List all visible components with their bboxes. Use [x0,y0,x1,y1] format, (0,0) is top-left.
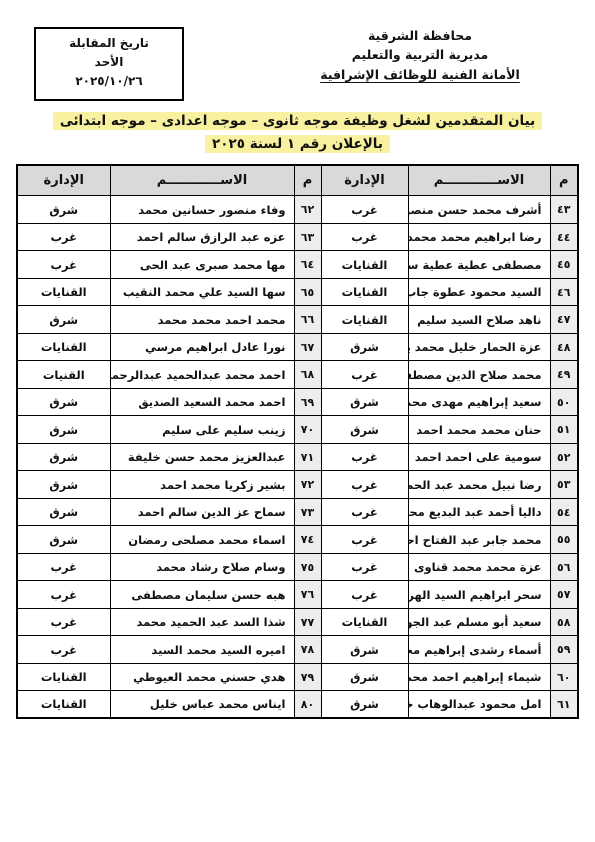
interview-day: الأحد [40,53,178,72]
applicant-row: ٦١امل محمود عبدالوهاب خليلشرق٨٠ايناس محم… [17,691,578,719]
right-admin-cell: غرب [321,361,408,389]
header-number-right: م [550,165,578,196]
left-admin-cell: غرب [17,581,110,609]
right-name-cell: محمد صلاح الدين مصطفى [408,361,550,389]
applicant-row: ٥١حنان محمد محمد احمدشرق٧٠زينب سليم على … [17,416,578,444]
org-line-secretariat: الأمانة الفنية للوظائف الإشرافية [275,65,565,84]
left-number-cell: ٧٤ [294,526,321,554]
interview-date-value: ٢٠٢٥/١٠/٢٦ [40,72,178,91]
applicant-row: ٤٨عزة الحمار خليل محمد يونسشرق٦٧نورا عاد… [17,333,578,361]
applicant-row: ٥٢سومية على احمد احمدغرب٧١عبدالعزيز محمد… [17,443,578,471]
applicants-tbody: ٤٣أشرف محمد حسن منصورغرب٦٢وفاء منصور حسا… [17,196,578,719]
document-page: محافظة الشرقية مديرية التربية والتعليم ا… [0,0,595,842]
right-admin-cell: غرب [321,443,408,471]
left-admin-cell: القنيات [17,361,110,389]
left-admin-cell: شرق [17,471,110,499]
left-name-cell: ايناس محمد عباس خليل [110,691,294,719]
right-admin-cell: غرب [321,498,408,526]
left-admin-cell: شرق [17,306,110,334]
right-admin-cell: شرق [321,333,408,361]
right-number-cell: ٤٧ [550,306,578,334]
right-admin-cell: شرق [321,636,408,664]
left-admin-cell: غرب [17,223,110,251]
left-name-cell: بشير زكريا محمد احمد [110,471,294,499]
left-name-cell: وفاء منصور حسانين محمد [110,196,294,224]
left-admin-cell: غرب [17,636,110,664]
left-admin-cell: غرب [17,251,110,279]
left-number-cell: ٦٦ [294,306,321,334]
right-name-cell: سعيد أبو مسلم عبد الجواد سالم [408,608,550,636]
left-name-cell: وسام صلاح رشاد محمد [110,553,294,581]
left-admin-cell: شرق [17,196,110,224]
left-name-cell: سها السيد علي محمد النقيب [110,278,294,306]
left-number-cell: ٦٢ [294,196,321,224]
applicant-row: ٤٩محمد صلاح الدين مصطفىغرب٦٨احمد محمد عب… [17,361,578,389]
applicant-row: ٤٧ناهد صلاح السيد سليمالقنايات٦٦محمد احم… [17,306,578,334]
header-admin-left: الإدارة [17,165,110,196]
right-name-cell: رضا ابراهيم محمد محمد [408,223,550,251]
applicant-row: ٥٩أسماء رشدى إبراهيم محمد سالمشرق٧٨اميره… [17,636,578,664]
right-admin-cell: شرق [321,691,408,719]
applicant-row: ٥٤داليا أحمد عبد البديع محمدغرب٧٣سماح عز… [17,498,578,526]
left-admin-cell: القنايات [17,278,110,306]
applicant-row: ٤٤رضا ابراهيم محمد محمدغرب٦٣عزه عبد الرا… [17,223,578,251]
applicant-row: ٤٥مصطفى عطية عطية سليم نجيدةالقنايات٦٤مه… [17,251,578,279]
left-name-cell: شذا السد عبد الحميد محمد [110,608,294,636]
right-name-cell: سحر ابراهيم السيد الهريسى [408,581,550,609]
left-number-cell: ٧٩ [294,663,321,691]
left-name-cell: احمد محمد السعيد الصديق [110,388,294,416]
right-admin-cell: شرق [321,388,408,416]
right-name-cell: سومية على احمد احمد [408,443,550,471]
left-number-cell: ٧٦ [294,581,321,609]
applicant-row: ٥٦عزة محمد محمد قناوىغرب٧٥وسام صلاح رشاد… [17,553,578,581]
right-number-cell: ٤٨ [550,333,578,361]
right-number-cell: ٤٥ [550,251,578,279]
right-name-cell: عزة الحمار خليل محمد يونس [408,333,550,361]
left-name-cell: هدي حسني محمد العيوطي [110,663,294,691]
right-name-cell: أسماء رشدى إبراهيم محمد سالم [408,636,550,664]
left-name-cell: مها محمد صبرى عبد الحى [110,251,294,279]
right-admin-cell: شرق [321,663,408,691]
org-line-directorate: مديرية التربية والتعليم [275,45,565,64]
left-number-cell: ٧٨ [294,636,321,664]
right-admin-cell: القنايات [321,278,408,306]
right-number-cell: ٥٥ [550,526,578,554]
applicant-row: ٥٨سعيد أبو مسلم عبد الجواد سالمالقنايات٧… [17,608,578,636]
right-name-cell: سعيد إبراهيم مهدى محمد [408,388,550,416]
right-name-cell: حنان محمد محمد احمد [408,416,550,444]
right-admin-cell: غرب [321,471,408,499]
right-admin-cell: القنايات [321,608,408,636]
left-admin-cell: غرب [17,553,110,581]
applicant-row: ٥٣رضا نبيل محمد عبد الحميدغرب٧٢بشير زكري… [17,471,578,499]
right-number-cell: ٥٤ [550,498,578,526]
right-name-cell: مصطفى عطية عطية سليم نجيدة [408,251,550,279]
header-name-right: الاســــــــــــم [408,165,550,196]
right-name-cell: امل محمود عبدالوهاب خليل [408,691,550,719]
right-admin-cell: غرب [321,581,408,609]
right-name-cell: داليا أحمد عبد البديع محمد [408,498,550,526]
right-name-cell: محمد جابر عبد الفتاح احمد [408,526,550,554]
right-name-cell: السيد محمود عطوة جاب الله [408,278,550,306]
right-admin-cell: غرب [321,553,408,581]
right-name-cell: أشرف محمد حسن منصور [408,196,550,224]
right-admin-cell: شرق [321,416,408,444]
left-name-cell: محمد احمد محمد محمد [110,306,294,334]
applicant-row: ٦٠شيماء إبراهيم احمد محمدشرق٧٩هدي حسني م… [17,663,578,691]
applicants-table-header: م الاســــــــــــم الإدارة م الاســــــ… [17,165,578,196]
header-row: م الاســــــــــــم الإدارة م الاســــــ… [17,165,578,196]
right-number-cell: ٥٨ [550,608,578,636]
left-name-cell: اميره السيد محمد السيد [110,636,294,664]
left-number-cell: ٦٨ [294,361,321,389]
left-admin-cell: غرب [17,608,110,636]
right-number-cell: ٤٦ [550,278,578,306]
left-admin-cell: شرق [17,443,110,471]
left-name-cell: زينب سليم على سليم [110,416,294,444]
applicant-row: ٤٦السيد محمود عطوة جاب اللهالقنايات٦٥سها… [17,278,578,306]
left-number-cell: ٧٠ [294,416,321,444]
interview-date-label: تاريخ المقابلة [40,34,178,53]
title-line-2: بالإعلان رقم ١ لسنة ٢٠٢٥ [0,133,595,157]
applicants-table: م الاســــــــــــم الإدارة م الاســــــ… [16,164,579,720]
left-name-cell: عبدالعزيز محمد حسن خليفة [110,443,294,471]
left-number-cell: ٧١ [294,443,321,471]
applicant-row: ٥٠سعيد إبراهيم مهدى محمدشرق٦٩احمد محمد ا… [17,388,578,416]
left-name-cell: نورا عادل ابراهيم مرسي [110,333,294,361]
right-number-cell: ٤٤ [550,223,578,251]
right-admin-cell: القنايات [321,306,408,334]
right-number-cell: ٦١ [550,691,578,719]
right-admin-cell: غرب [321,526,408,554]
right-number-cell: ٤٣ [550,196,578,224]
header-name-left: الاســــــــــــم [110,165,294,196]
left-admin-cell: القنايات [17,691,110,719]
left-name-cell: سماح عز الدين سالم احمد [110,498,294,526]
org-line-governorate: محافظة الشرقية [275,26,565,45]
left-number-cell: ٧٧ [294,608,321,636]
left-number-cell: ٦٥ [294,278,321,306]
right-number-cell: ٤٩ [550,361,578,389]
right-name-cell: شيماء إبراهيم احمد محمد [408,663,550,691]
left-number-cell: ٧٢ [294,471,321,499]
title-line-1: بيان المتقدمين لشغل وظيفة موجه ثانوى – م… [0,110,595,134]
left-admin-cell: شرق [17,416,110,444]
left-name-cell: هبه حسن سليمان مصطفى [110,581,294,609]
right-number-cell: ٥١ [550,416,578,444]
right-admin-cell: غرب [321,196,408,224]
right-admin-cell: غرب [321,223,408,251]
left-number-cell: ٦٤ [294,251,321,279]
left-number-cell: ٧٥ [294,553,321,581]
right-number-cell: ٥٣ [550,471,578,499]
interview-date-box: تاريخ المقابلة الأحد ٢٠٢٥/١٠/٢٦ [34,27,184,101]
applicant-row: ٤٣أشرف محمد حسن منصورغرب٦٢وفاء منصور حسا… [17,196,578,224]
right-name-cell: رضا نبيل محمد عبد الحميد [408,471,550,499]
right-number-cell: ٥٠ [550,388,578,416]
right-number-cell: ٥٧ [550,581,578,609]
left-number-cell: ٦٧ [294,333,321,361]
page-top-band: محافظة الشرقية مديرية التربية والتعليم ا… [0,0,595,101]
right-admin-cell: القنايات [321,251,408,279]
left-number-cell: ٨٠ [294,691,321,719]
applicant-row: ٥٥محمد جابر عبد الفتاح احمدغرب٧٤اسماء مح… [17,526,578,554]
right-number-cell: ٦٠ [550,663,578,691]
left-admin-cell: شرق [17,498,110,526]
organization-header: محافظة الشرقية مديرية التربية والتعليم ا… [275,26,565,84]
left-number-cell: ٦٣ [294,223,321,251]
right-number-cell: ٥٩ [550,636,578,664]
left-admin-cell: شرق [17,388,110,416]
page-title: بيان المتقدمين لشغل وظيفة موجه ثانوى – م… [0,110,595,157]
right-number-cell: ٥٢ [550,443,578,471]
left-number-cell: ٦٩ [294,388,321,416]
header-number-left: م [294,165,321,196]
left-name-cell: اسماء محمد مصلحى رمضان [110,526,294,554]
right-name-cell: ناهد صلاح السيد سليم [408,306,550,334]
left-name-cell: احمد محمد عبدالحميد عبدالرحمن [110,361,294,389]
header-admin-right: الإدارة [321,165,408,196]
left-number-cell: ٧٣ [294,498,321,526]
left-admin-cell: شرق [17,526,110,554]
left-name-cell: عزه عبد الرازق سالم احمد [110,223,294,251]
left-admin-cell: القنايات [17,663,110,691]
right-name-cell: عزة محمد محمد قناوى [408,553,550,581]
left-admin-cell: القنايات [17,333,110,361]
right-number-cell: ٥٦ [550,553,578,581]
applicant-row: ٥٧سحر ابراهيم السيد الهريسىغرب٧٦هبه حسن … [17,581,578,609]
